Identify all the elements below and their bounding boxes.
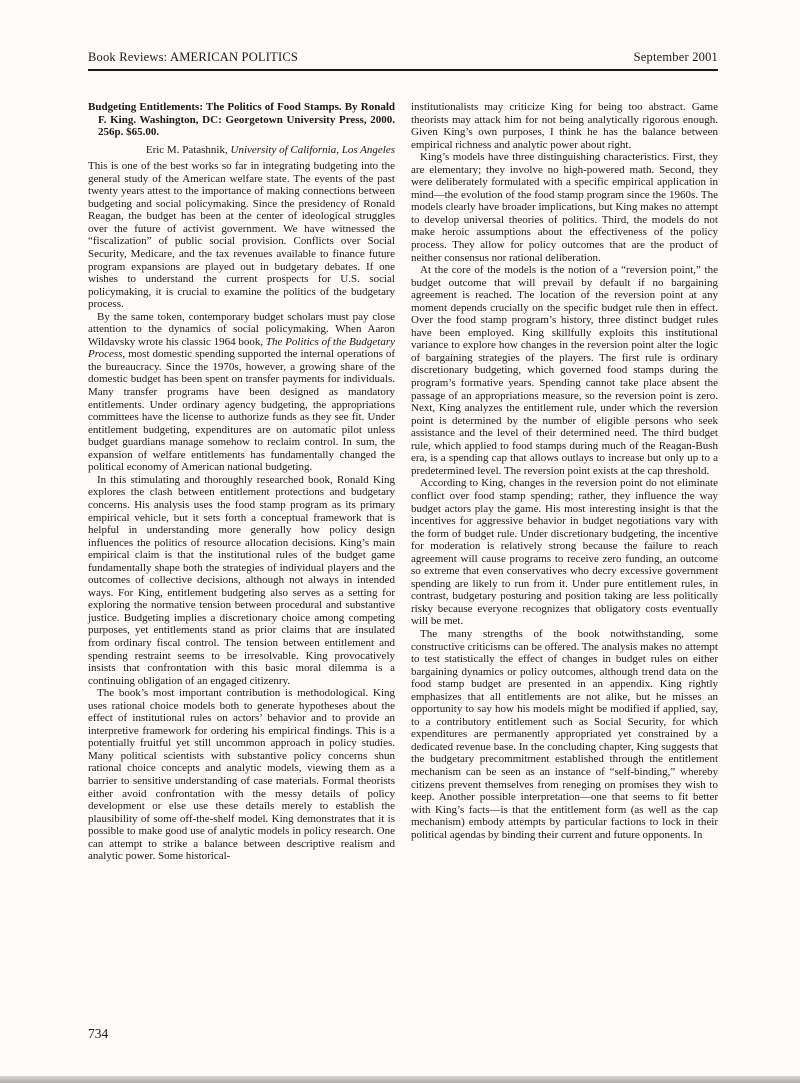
- paragraph-text: , most domestic spending supported the i…: [88, 348, 395, 473]
- review-paragraph: According to King, changes in the revers…: [411, 477, 718, 628]
- review-paragraph: The many strengths of the book notwithst…: [411, 628, 718, 841]
- review-paragraph: The book’s most important contribution i…: [88, 687, 395, 863]
- header-rule: [88, 69, 718, 71]
- journal-page: Book Reviews: AMERICAN POLITICS Septembe…: [0, 0, 800, 1083]
- section-heading: Book Reviews: AMERICAN POLITICS: [88, 50, 298, 65]
- reviewer-name: Eric M. Patashnik,: [146, 144, 231, 156]
- scan-edge-artifact: [0, 1076, 800, 1083]
- review-paragraph: King’s models have three distinguishing …: [411, 151, 718, 264]
- review-paragraph: At the core of the models is the notion …: [411, 264, 718, 477]
- page-number: 734: [88, 1026, 108, 1042]
- reviewer-byline: Eric M. Patashnik, University of Califor…: [88, 144, 395, 157]
- reviewer-affiliation: University of California, Los Angeles: [231, 144, 396, 156]
- review-paragraph: institutionalists may criticize King for…: [411, 101, 718, 151]
- book-title: Budgeting Entitlements: The Politics of …: [88, 101, 342, 113]
- review-paragraph: By the same token, contemporary budget s…: [88, 311, 395, 474]
- page-header: Book Reviews: AMERICAN POLITICS Septembe…: [88, 50, 718, 65]
- left-column: Budgeting Entitlements: The Politics of …: [88, 101, 395, 863]
- review-paragraph: In this stimulating and thoroughly resea…: [88, 474, 395, 687]
- review-paragraph: This is one of the best works so far in …: [88, 160, 395, 311]
- right-column: institutionalists may criticize King for…: [411, 101, 718, 863]
- issue-date: September 2001: [634, 50, 718, 65]
- book-citation: Budgeting Entitlements: The Politics of …: [88, 101, 395, 139]
- content-columns: Budgeting Entitlements: The Politics of …: [88, 101, 718, 863]
